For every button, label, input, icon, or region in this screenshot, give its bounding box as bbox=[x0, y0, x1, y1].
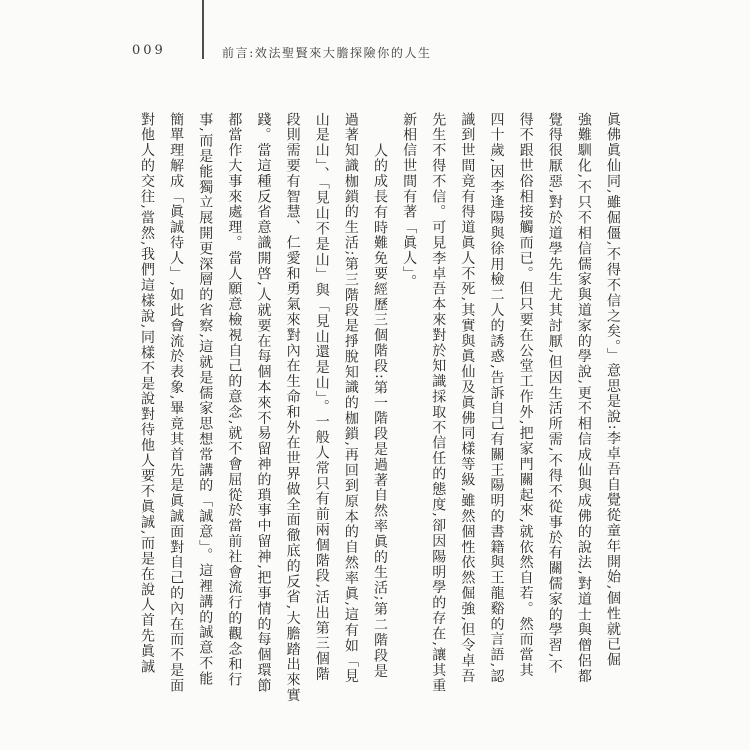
text-column: 識到世間竟有得道眞人不死,其實與眞仙及眞佛同樣等級,雖然個性依然倔強,但令卓吾 bbox=[459, 112, 474, 714]
book-page: 009 前言:效法聖賢來大膽探險你的人生 眞佛眞仙同,雖倔僵,不得不信之矣。」意… bbox=[0, 0, 750, 750]
text-column: 段則需要有智慧、仁愛和勇氣來對內在生命和外在世界做全面徹底的反省,大膽踏出來實 bbox=[285, 112, 300, 714]
text-column: 簡單理解成「眞誠待人」,如此會流於表象,畢竟其首先是眞誠面對自己的內在而不是面 bbox=[168, 112, 183, 714]
text-column: 新相信世間有著「眞人」。 bbox=[401, 112, 416, 714]
text-column: 對他人的交往,當然,我們這樣說,同樣不是說對待他人要不眞誠,而是在說人首先眞誠 bbox=[139, 112, 154, 714]
text-column: 人的成長有時難免要經歷三個階段:第一階段是過著自然率眞的生活;第二階段是 bbox=[372, 112, 387, 714]
text-column: 事,而是能獨立展開更深層的省察,這就是儒家思想常講的「誠意」。這裡講的誠意不能 bbox=[197, 112, 212, 714]
text-block: 眞佛眞仙同,雖倔僵,不得不信之矣。」意思是說:李卓吾自覺從童年開始,個性就已倔強… bbox=[139, 112, 620, 714]
text-column: 四十歲,因李逢陽與徐用檢二人的誘惑,告訴自己有關王陽明的書籍與王龍谿的言語,認 bbox=[489, 112, 504, 714]
text-column: 山是山」、「見山不是山」與「見山還是山」。一般人常只有前兩個階段,活出第三個階 bbox=[314, 112, 329, 714]
text-column: 踐。當這種反省意識開啓,人就要在每個本來不易留神的瑣事中留神,把事情的每個環節 bbox=[256, 112, 271, 714]
text-column: 覺得很厭惡,對於道學先生尤其討厭,但因生活所需,不得不從事於有關儒家的學習,不 bbox=[547, 112, 562, 714]
text-column: 過著知識枷鎖的生活;第三階段是掙脫知識的枷鎖,再回到原本的自然率眞,這有如「見 bbox=[343, 112, 358, 714]
header-divider-rule bbox=[202, 0, 204, 59]
page-number: 009 bbox=[132, 43, 166, 58]
text-column: 得不跟世俗相接觸而已。但只要在公堂工作外,把家門關起來,就依然自若。然而當其 bbox=[518, 112, 533, 714]
chapter-title: 前言:效法聖賢來大膽探險你的人生 bbox=[222, 44, 432, 61]
text-column: 眞佛眞仙同,雖倔僵,不得不信之矣。」意思是說:李卓吾自覺從童年開始,個性就已倔 bbox=[605, 112, 620, 714]
text-column: 強難馴化,不只不相信儒家與道家的學說,更不相信成仙與成佛的說法,對道士與僧侶都 bbox=[576, 112, 591, 714]
text-column: 都當作大事來處理。當人願意檢視自己的意念,就不會屈從於當前社會流行的觀念和行 bbox=[226, 112, 241, 714]
text-column: 先生不得不信。可見李卓吾本來對於知識採取不信任的態度,卻因陽明學的存在,讓其重 bbox=[430, 112, 445, 714]
